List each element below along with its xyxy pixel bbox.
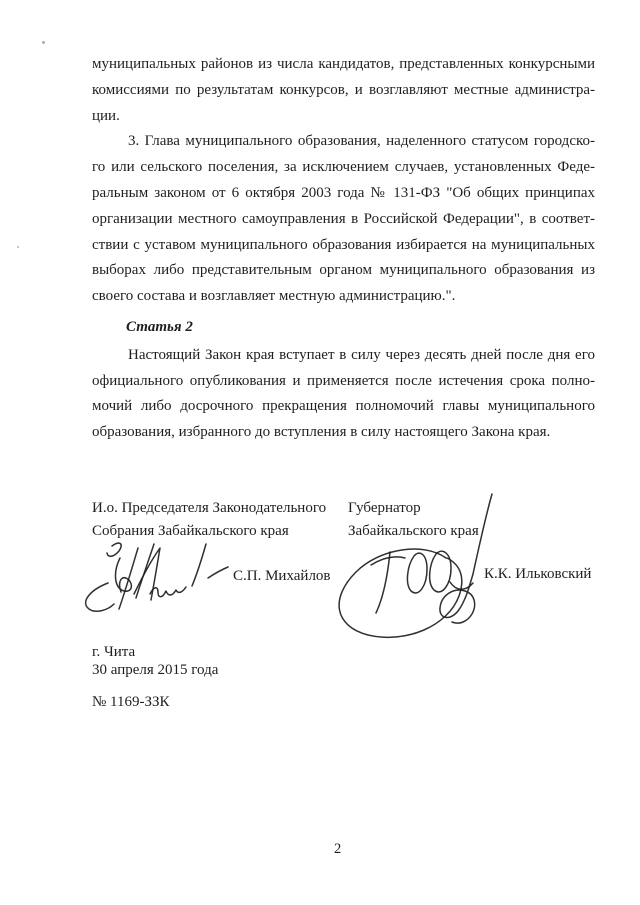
scanned-law-document-page: муниципальных районов из числа кандидато…	[0, 0, 640, 905]
body-line: ральным законом от 6 октября 2003 года №…	[92, 181, 595, 207]
body-line: организации местного самоуправления в Ро…	[92, 207, 595, 233]
body-line: комиссиями по результатам конкурсов, и в…	[92, 78, 595, 104]
page-number: 2	[334, 841, 341, 858]
signatory-name-right: К.К. Ильковский	[484, 566, 591, 583]
body-line: го или сельского поселения, за исключени…	[92, 155, 595, 181]
body-line: образования, избранного до вступления в …	[92, 420, 595, 446]
body-line: официального опубликования и применяется…	[92, 369, 595, 395]
article-heading: Статья 2	[92, 315, 595, 341]
city: г. Чита	[92, 644, 218, 662]
scan-speck	[42, 41, 45, 44]
document-number: № 1169-ЗЗК	[92, 694, 170, 711]
body-line: выборах либо представительным органом му…	[92, 258, 595, 284]
place-and-date: г. Чита 30 апреля 2015 года	[92, 644, 218, 679]
signatory-name-left: С.П. Михайлов	[233, 568, 331, 585]
date: 30 апреля 2015 года	[92, 662, 218, 680]
body-line: ствии с уставом муниципального образован…	[92, 233, 595, 259]
document-body: муниципальных районов из числа кандидато…	[92, 52, 595, 446]
signatory-title-line: И.о. Председателя Законодательного	[92, 497, 326, 520]
body-line: муниципальных районов из числа кандидато…	[92, 52, 595, 78]
handwritten-signature-left-icon	[76, 536, 231, 616]
body-line: 3. Глава муниципального образования, над…	[92, 129, 595, 155]
scan-speck	[17, 246, 19, 248]
body-line: ции.	[92, 104, 595, 130]
handwritten-signature-right-icon	[326, 492, 506, 658]
body-line: Настоящий Закон края вступает в силу чер…	[92, 343, 595, 369]
body-line: своего состава и возглавляет местную адм…	[92, 284, 595, 310]
body-line: мочий либо досрочного прекращения полном…	[92, 394, 595, 420]
